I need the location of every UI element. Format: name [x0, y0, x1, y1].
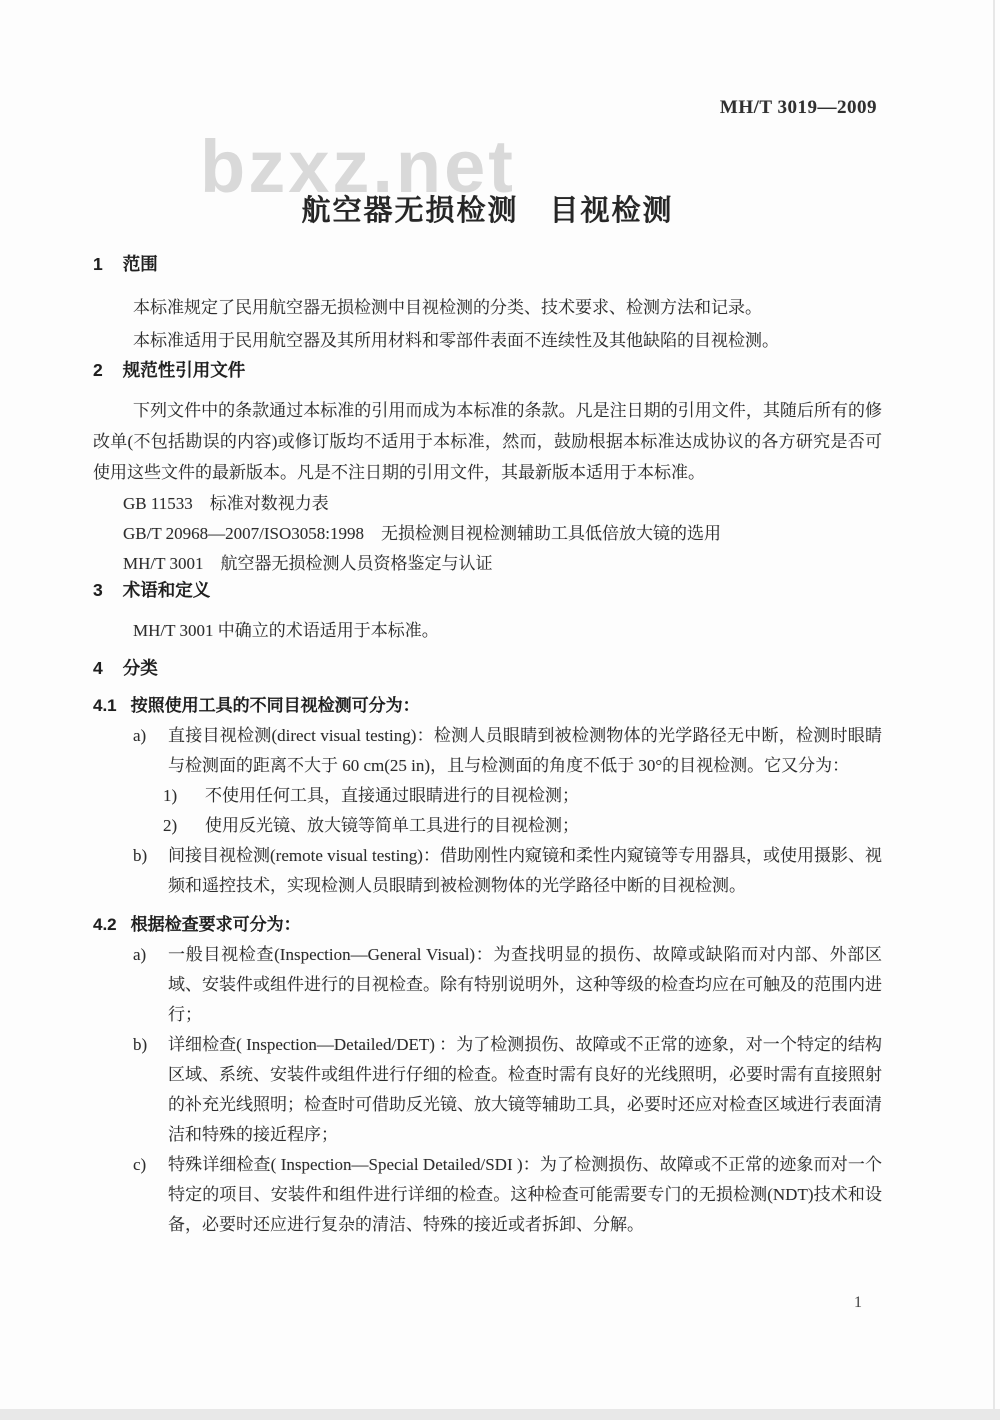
- list-item-row: a) 一般目视检查(Inspection—General Visual)：为查找…: [133, 940, 882, 1030]
- sub-item-list: 1) 不使用任何工具，直接通过眼睛进行的目视检测； 2) 使用反光镜、放大镜等简…: [163, 781, 882, 841]
- paragraph: MH/T 3001 中确立的术语适用于本标准。: [93, 614, 882, 647]
- list-item-marker: b): [133, 1030, 168, 1150]
- section-number: 3: [93, 578, 103, 602]
- sub-item-marker: 1): [163, 781, 205, 811]
- section-number: 2: [93, 358, 103, 382]
- section-heading: 1范围: [93, 252, 882, 276]
- sub-item-text: 不使用任何工具，直接通过眼睛进行的目视检测；: [205, 781, 882, 811]
- clause-item-list: a) 直接目视检测(direct visual testing)：检测人员眼睛到…: [133, 721, 882, 901]
- list-item-row: a) 直接目视检测(direct visual testing)：检测人员眼睛到…: [133, 721, 882, 781]
- clause-number: 4.1: [93, 691, 117, 721]
- list-item-row: b) 详细检查( Inspection—Detailed/DET) ：为了检测损…: [133, 1030, 882, 1150]
- section-heading-label: 术语和定义: [123, 580, 211, 600]
- clause-heading-text: 按照使用工具的不同目视检测可分为：: [131, 696, 420, 715]
- section-scope: 1范围 本标准规定了民用航空器无损检测中目视检测的分类、技术要求、检测方法和记录…: [93, 252, 882, 357]
- paragraph: 本标准适用于民用航空器及其所用材料和零部件表面不连续性及其他缺陷的目视检测。: [93, 324, 882, 357]
- reference-item: GB 11533 标准对数视力表: [123, 489, 882, 519]
- list-item-text: 详细检查( Inspection—Detailed/DET) ：为了检测损伤、故…: [168, 1030, 882, 1150]
- section-heading-label: 分类: [123, 658, 158, 678]
- list-item-marker: a): [133, 721, 168, 781]
- sub-item-row: 2) 使用反光镜、放大镜等简单工具进行的目视检测；: [163, 811, 882, 841]
- clause-number: 4.2: [93, 910, 117, 940]
- sub-item-row: 1) 不使用任何工具，直接通过眼睛进行的目视检测；: [163, 781, 882, 811]
- list-item-marker: b): [133, 841, 168, 901]
- section-heading: 4分类: [93, 656, 882, 680]
- clause-heading: 4.2根据检查要求可分为：: [93, 910, 882, 940]
- section-heading: 3术语和定义: [93, 578, 882, 602]
- reference-item: MH/T 3001 航空器无损检测人员资格鉴定与认证: [123, 549, 882, 579]
- list-item-row: c) 特殊详细检查( Inspection—Special Detailed/S…: [133, 1150, 882, 1240]
- section-number: 4: [93, 656, 103, 680]
- page-number: 1: [854, 1294, 862, 1312]
- section-body: MH/T 3001 中确立的术语适用于本标准。: [93, 614, 882, 647]
- list-item-row: b) 间接目视检测(remote visual testing)：借助刚性内窥镜…: [133, 841, 882, 901]
- scan-edge-right: [993, 0, 995, 1420]
- list-item-text: 间接目视检测(remote visual testing)：借助刚性内窥镜和柔性…: [168, 841, 882, 901]
- list-item-text: 特殊详细检查( Inspection—Special Detailed/SDI …: [168, 1150, 882, 1240]
- clause-item-list: a) 一般目视检查(Inspection—General Visual)：为查找…: [133, 940, 882, 1240]
- clause-heading-text: 根据检查要求可分为：: [131, 915, 301, 934]
- section-classification: 4分类 4.1按照使用工具的不同目视检测可分为： a) 直接目视检测(direc…: [93, 656, 882, 1240]
- list-item-marker: a): [133, 940, 168, 1030]
- paragraph: 下列文件中的条款通过本标准的引用而成为本标准的条款。凡是注日期的引用文件，其随后…: [93, 395, 882, 488]
- section-body: 本标准规定了民用航空器无损检测中目视检测的分类、技术要求、检测方法和记录。 本标…: [93, 291, 882, 357]
- section-heading-label: 范围: [123, 254, 158, 274]
- list-item-marker: c): [133, 1150, 168, 1240]
- list-item: a) 直接目视检测(direct visual testing)：检测人员眼睛到…: [133, 721, 882, 841]
- sub-item-marker: 2): [163, 811, 205, 841]
- section-number: 1: [93, 252, 103, 276]
- scan-edge-bottom: [0, 1409, 1000, 1420]
- reference-list: GB 11533 标准对数视力表 GB/T 20968—2007/ISO3058…: [123, 489, 882, 579]
- list-item-text: 一般目视检查(Inspection—General Visual)：为查找明显的…: [168, 940, 882, 1030]
- paragraph: 本标准规定了民用航空器无损检测中目视检测的分类、技术要求、检测方法和记录。: [93, 291, 882, 324]
- section-terms-definitions: 3术语和定义 MH/T 3001 中确立的术语适用于本标准。: [93, 578, 882, 647]
- section-normative-references: 2规范性引用文件 下列文件中的条款通过本标准的引用而成为本标准的条款。凡是注日期…: [93, 358, 882, 579]
- clause-4-2: 4.2根据检查要求可分为： a) 一般目视检查(Inspection—Gener…: [93, 910, 882, 1240]
- section-heading-label: 规范性引用文件: [123, 360, 246, 380]
- list-item-text: 直接目视检测(direct visual testing)：检测人员眼睛到被检测…: [168, 721, 882, 781]
- page-title: 航空器无损检测 目视检测: [93, 188, 882, 229]
- clause-heading: 4.1按照使用工具的不同目视检测可分为：: [93, 691, 882, 721]
- scanned-document-page: { "page": { "doc_number": "MH/T 3019—200…: [0, 0, 1000, 1420]
- section-heading: 2规范性引用文件: [93, 358, 882, 382]
- sub-item-text: 使用反光镜、放大镜等简单工具进行的目视检测；: [205, 811, 882, 841]
- clause-4-1: 4.1按照使用工具的不同目视检测可分为： a) 直接目视检测(direct vi…: [93, 691, 882, 901]
- reference-item: GB/T 20968—2007/ISO3058:1998 无损检测目视检测辅助工…: [123, 519, 882, 549]
- doc-number: MH/T 3019—2009: [93, 97, 882, 119]
